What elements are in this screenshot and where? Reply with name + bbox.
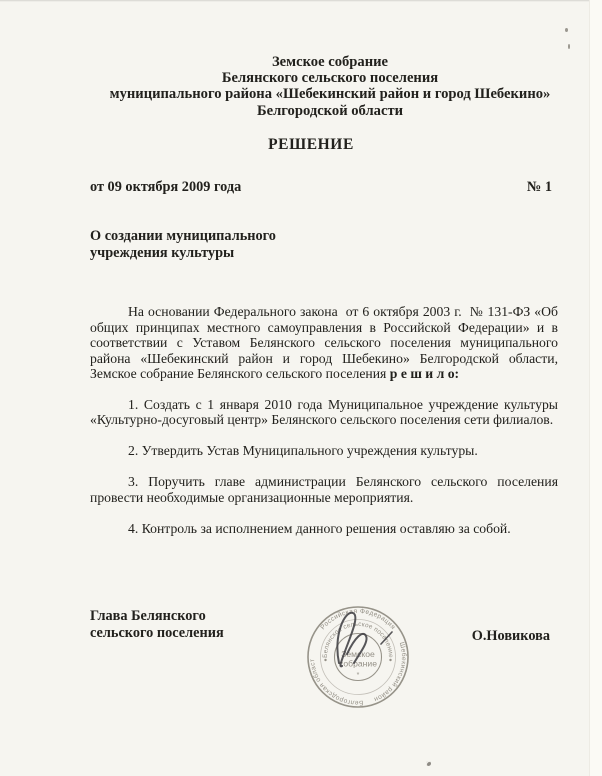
decision-items: 1. Создать с 1 января 2010 года Муниципа… (90, 397, 558, 537)
seal-graphic: Российская Федерация Шебекинский район Б… (298, 597, 418, 717)
decision-item-1: 1. Создать с 1 января 2010 года Муниципа… (90, 397, 558, 428)
header-line-organization: Земское собрание (90, 54, 570, 70)
header-line-settlement: Белянского сельского поселения (90, 70, 570, 86)
scanned-document-page: Земское собрание Белянского сельского по… (0, 0, 602, 776)
document-type-title: РЕШЕНИЕ (90, 136, 532, 154)
signature-title-block: Глава Белянского сельского поселения (90, 608, 224, 641)
decision-item-4: 4. Контроль за исполнением данного решен… (90, 521, 558, 537)
seal-star: * (357, 672, 360, 679)
signature-title-line-2: сельского поселения (90, 625, 224, 642)
scan-artifact (568, 44, 570, 49)
scan-edge-shadow (0, 0, 602, 2)
official-seal-stamp: Российская Федерация Шебекинский район Б… (298, 597, 418, 717)
preamble-paragraph: На основании Федерального закона от 6 ок… (90, 304, 558, 382)
seal-center-line-2: собрание (339, 659, 377, 669)
scan-artifact (565, 28, 568, 32)
header-line-district: муниципального района «Шебекинский район… (90, 86, 570, 102)
signatory-name: О.Новикова (472, 628, 558, 645)
signature-title-line-1: Глава Белянского (90, 608, 224, 625)
document-date: от 09 октября 2009 года (90, 179, 241, 196)
preamble-text: На основании Федерального закона от 6 ок… (90, 304, 561, 381)
header-line-region: Белгородской области (90, 103, 570, 119)
document-header: Земское собрание Белянского сельского по… (90, 54, 570, 119)
resolved-word: р е ш и л о: (390, 366, 459, 381)
decision-item-2: 2. Утвердить Устав Муниципального учрежд… (90, 443, 558, 459)
seal-separator-dot (389, 659, 391, 661)
date-number-row: от 09 октября 2009 года № 1 (90, 179, 558, 196)
subject-line-1: О создании муниципального (90, 228, 276, 245)
document-body: На основании Федерального закона от 6 ок… (90, 304, 558, 552)
scan-edge-strip (589, 0, 602, 776)
document-subject: О создании муниципального учреждения кул… (90, 228, 276, 261)
decision-item-3: 3. Поручить главе администрации Белянско… (90, 474, 558, 505)
subject-line-2: учреждения культуры (90, 245, 276, 262)
seal-separator-dot (324, 659, 326, 661)
scan-artifact (426, 761, 431, 766)
document-number: № 1 (527, 179, 558, 196)
